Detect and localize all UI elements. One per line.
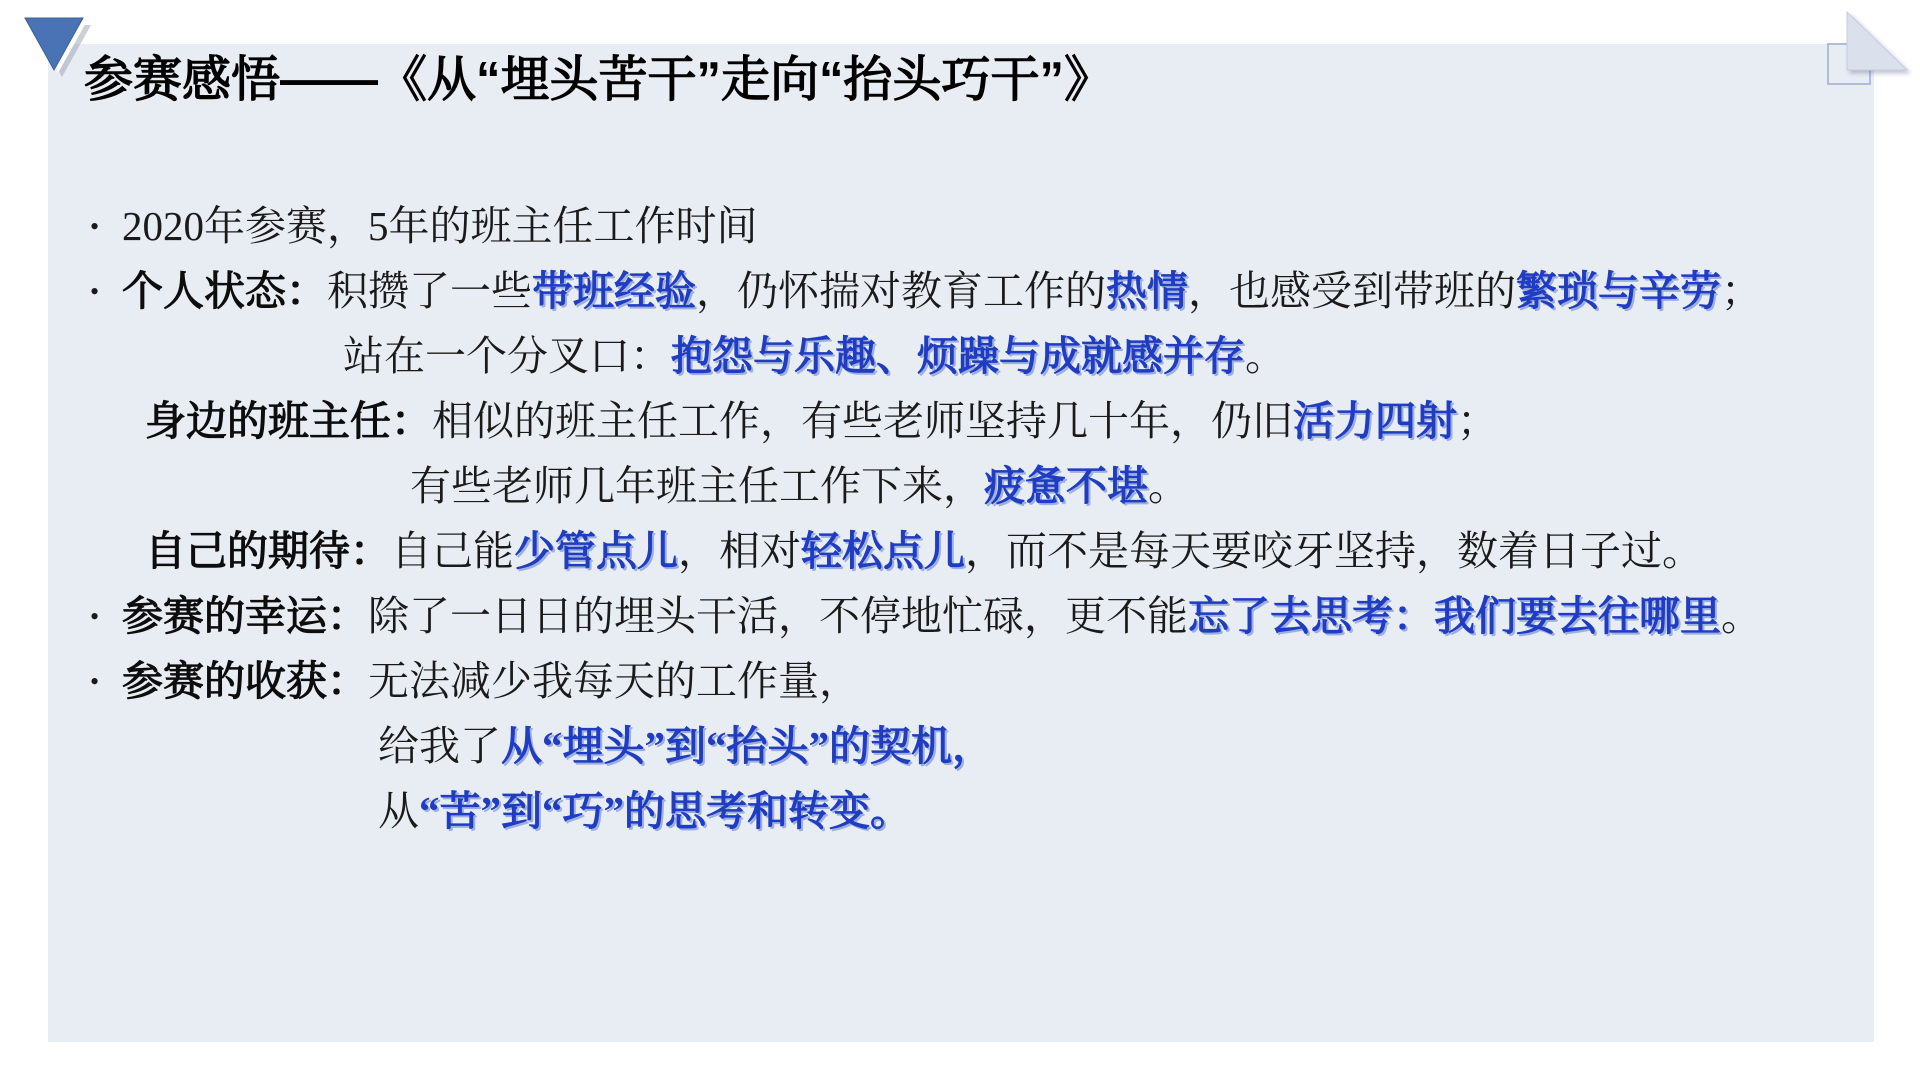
content-line: 给我了从“埋头”到“抬头”的契机，	[0, 714, 1920, 779]
content-line: •2020年参赛，5年的班主任工作时间	[0, 194, 1920, 259]
text-segment: 从“埋头”到“抬头”的契机，	[501, 723, 993, 769]
text-segment: 身边的班主任：	[145, 398, 432, 444]
content-line: 有些老师几年班主任工作下来，疲惫不堪。	[0, 454, 1920, 519]
content-line: •个人状态：积攒了一些带班经验，仍怀揣对教育工作的热情，也感受到带班的繁琐与辛劳…	[0, 259, 1920, 324]
text-segment: 除了一日日的埋头干活，不停地忙碌，更不能	[368, 593, 1188, 639]
text-segment: 繁琐与辛劳	[1516, 268, 1721, 314]
text-segment: 从	[378, 788, 419, 834]
bullet-dot: •	[90, 584, 99, 649]
text-segment: 参赛的幸运：	[122, 593, 368, 639]
text-segment: ，也感受到带班的	[1188, 268, 1516, 314]
content-line: 从“苦”到“巧”的思考和转变。	[0, 779, 1920, 844]
text-segment: 给我了	[378, 723, 501, 769]
text-segment: ；	[1457, 398, 1498, 444]
bullet-dot: •	[90, 194, 99, 259]
text-segment: 热情	[1106, 268, 1188, 314]
page-corner-icon	[1810, 0, 1920, 100]
slide: 参赛感悟——《从“埋头苦干”走向“抬头巧干”》 •2020年参赛，5年的班主任工…	[0, 0, 1920, 1080]
content-line: 身边的班主任：相似的班主任工作，有些老师坚持几十年，仍旧活力四射；	[0, 389, 1920, 454]
text-segment: 疲惫不堪	[984, 463, 1148, 509]
slide-title: 参赛感悟——《从“埋头苦干”走向“抬头巧干”》	[84, 52, 1113, 110]
text-segment: 个人状态：	[122, 268, 327, 314]
text-segment: 自己的期待：	[145, 528, 391, 574]
text-segment: ，而不是每天要咬牙坚持，数着日子过。	[965, 528, 1703, 574]
text-segment: “苦”到“巧”的思考和转变。	[419, 788, 911, 834]
bullet-dot: •	[90, 649, 99, 714]
text-segment: ；	[1721, 268, 1762, 314]
text-segment: 站在一个分叉口：	[343, 333, 671, 379]
content-line: 站在一个分叉口：抱怨与乐趣、烦躁与成就感并存。	[0, 324, 1920, 389]
text-segment: 自己能	[391, 528, 514, 574]
text-segment: 参赛的收获：	[122, 658, 368, 704]
text-segment: 相似的班主任工作，有些老师坚持几十年，仍旧	[432, 398, 1293, 444]
bullet-dot: •	[90, 259, 99, 324]
text-segment: 忘了去思考：我们要去往哪里	[1188, 593, 1721, 639]
text-segment: 。	[1245, 333, 1286, 379]
text-segment: 积攒了一些	[327, 268, 532, 314]
text-segment: 带班经验	[532, 268, 696, 314]
text-segment: 2020年参赛，5年的班主任工作时间	[122, 203, 758, 249]
text-segment: ，相对	[678, 528, 801, 574]
text-segment: 无法减少我每天的工作量，	[368, 658, 860, 704]
text-segment: 轻松点儿	[801, 528, 965, 574]
content-line: •参赛的幸运：除了一日日的埋头干活，不停地忙碌，更不能忘了去思考：我们要去往哪里…	[0, 584, 1920, 649]
text-segment: 抱怨与乐趣、烦躁与成就感并存	[671, 333, 1245, 379]
content-lines: •2020年参赛，5年的班主任工作时间•个人状态：积攒了一些带班经验，仍怀揣对教…	[0, 194, 1920, 844]
text-segment: 。	[1721, 593, 1762, 639]
content-line: •参赛的收获：无法减少我每天的工作量，	[0, 649, 1920, 714]
text-segment: ，仍怀揣对教育工作的	[696, 268, 1106, 314]
text-segment: 。	[1148, 463, 1189, 509]
text-segment: 有些老师几年班主任工作下来，	[410, 463, 984, 509]
text-segment: 少管点儿	[514, 528, 678, 574]
text-segment: 活力四射	[1293, 398, 1457, 444]
content-line: 自己的期待：自己能少管点儿，相对轻松点儿，而不是每天要咬牙坚持，数着日子过。	[0, 519, 1920, 584]
